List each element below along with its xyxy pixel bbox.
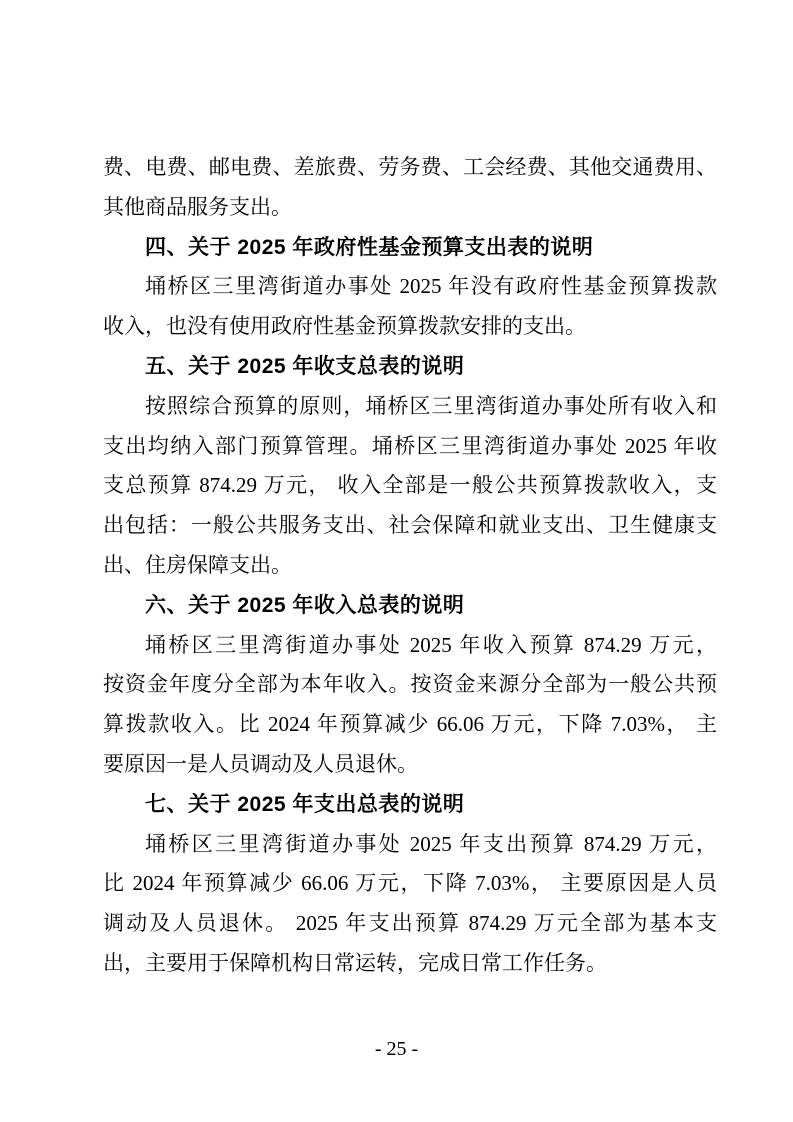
section-heading-6: 六、关于 2025 年收入总表的说明 (103, 586, 717, 626)
document-text-block: 费、电费、邮电费、差旅费、劳务费、工会经费、其他交通费用、 其他商品服务支出。 … (103, 148, 717, 984)
text-line: 出、住房保障支出。 (103, 546, 717, 586)
page-number: - 25 - (0, 1034, 793, 1064)
text-line: 费、电费、邮电费、差旅费、劳务费、工会经费、其他交通费用、 (103, 148, 717, 188)
text-line: 调动及人员退休。 2025 年支出预算 874.29 万元全部为基本支 (103, 904, 717, 944)
text-line: 支出均纳入部门预算管理。埇桥区三里湾街道办事处 2025 年收 (103, 427, 717, 467)
section-heading-7: 七、关于 2025 年支出总表的说明 (103, 785, 717, 825)
text-line: 出，主要用于保障机构日常运转，完成日常工作任务。 (103, 944, 717, 984)
text-line: 算拨款收入。比 2024 年预算减少 66.06 万元，下降 7.03%， 主 (103, 705, 717, 745)
text-line: 其他商品服务支出。 (103, 188, 717, 228)
text-line: 按资金年度分全部为本年收入。按资金来源分全部为一般公共预 (103, 665, 717, 705)
text-line: 按照综合预算的原则，埇桥区三里湾街道办事处所有收入和 (103, 387, 717, 427)
text-line: 比 2024 年预算减少 66.06 万元，下降 7.03%， 主要原因是人员 (103, 864, 717, 904)
text-line: 埇桥区三里湾街道办事处 2025 年收入预算 874.29 万元， (103, 626, 717, 666)
text-line: 埇桥区三里湾街道办事处 2025 年没有政府性基金预算拨款 (103, 267, 717, 307)
document-page: 费、电费、邮电费、差旅费、劳务费、工会经费、其他交通费用、 其他商品服务支出。 … (0, 0, 793, 1122)
text-line: 支总预算 874.29 万元， 收入全部是一般公共预算拨款收入，支 (103, 466, 717, 506)
section-heading-5: 五、关于 2025 年收支总表的说明 (103, 347, 717, 387)
text-line: 要原因一是人员调动及人员退休。 (103, 745, 717, 785)
text-line: 出包括：一般公共服务支出、社会保障和就业支出、卫生健康支 (103, 506, 717, 546)
text-line: 收入，也没有使用政府性基金预算拨款安排的支出。 (103, 307, 717, 347)
text-line: 埇桥区三里湾街道办事处 2025 年支出预算 874.29 万元， (103, 825, 717, 865)
section-heading-4: 四、关于 2025 年政府性基金预算支出表的说明 (103, 228, 717, 268)
